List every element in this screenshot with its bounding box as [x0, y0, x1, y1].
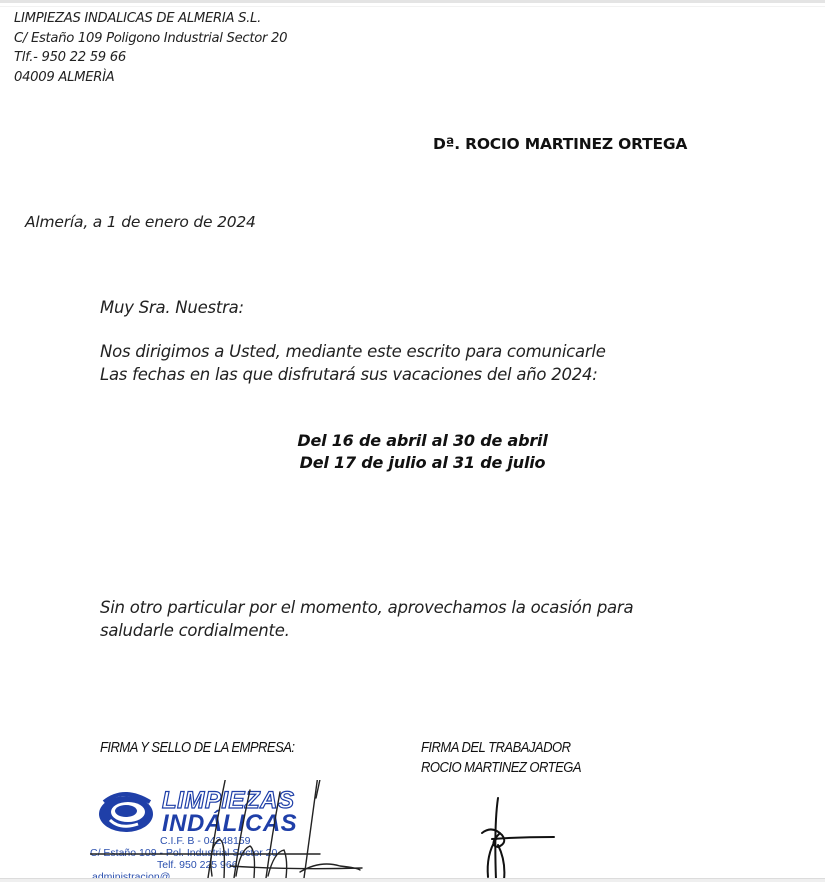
intro-line: Nos dirigimos a Usted, mediante este esc…: [100, 341, 606, 364]
intro-line: Las fechas en las que disfrutará sus vac…: [100, 364, 606, 387]
company-header: LIMPIEZAS INDALICAS DE ALMERIA S.L. C/ E…: [14, 9, 287, 87]
vacation-period: Del 16 de abril al 30 de abril: [0, 430, 825, 452]
page-top-border: [0, 0, 825, 3]
intro-paragraph: Nos dirigimos a Usted, mediante este esc…: [100, 341, 606, 386]
worker-signature-block: FIRMA DEL TRABAJADOR ROCIO MARTINEZ ORTE…: [421, 739, 581, 778]
vacation-dates: Del 16 de abril al 30 de abril Del 17 de…: [0, 430, 825, 474]
company-phone: Tlf.- 950 22 59 66: [14, 48, 287, 68]
company-stamp: LIMPIEZAS INDÁLICAS C.I.F. B - 04248159 …: [90, 780, 370, 880]
worker-signature-icon: [478, 795, 568, 880]
closing-paragraph: Sin otro particular por el momento, apro…: [100, 597, 633, 642]
vacation-period: Del 17 de julio al 31 de julio: [0, 452, 825, 474]
company-name: LIMPIEZAS INDALICAS DE ALMERIA S.L.: [14, 9, 287, 29]
company-signature-scribble-icon: [90, 780, 370, 880]
recipient-name: Dª. ROCIO MARTINEZ ORTEGA: [433, 135, 687, 153]
company-address: C/ Estaño 109 Poligono Industrial Sector…: [14, 29, 287, 49]
worker-signature-label: FIRMA DEL TRABAJADOR: [421, 739, 581, 759]
company-postal-city: 04009 ALMERÌA: [14, 68, 287, 88]
worker-name: ROCIO MARTINEZ ORTEGA: [421, 759, 581, 779]
page-bottom-border: [0, 878, 825, 882]
page-top-border-inner: [0, 6, 825, 7]
place-date: Almería, a 1 de enero de 2024: [25, 213, 256, 231]
closing-line: saludarle cordialmente.: [100, 620, 633, 643]
greeting: Muy Sra. Nuestra:: [100, 297, 244, 320]
company-signature-label: FIRMA Y SELLO DE LA EMPRESA:: [100, 739, 294, 759]
closing-line: Sin otro particular por el momento, apro…: [100, 597, 633, 620]
